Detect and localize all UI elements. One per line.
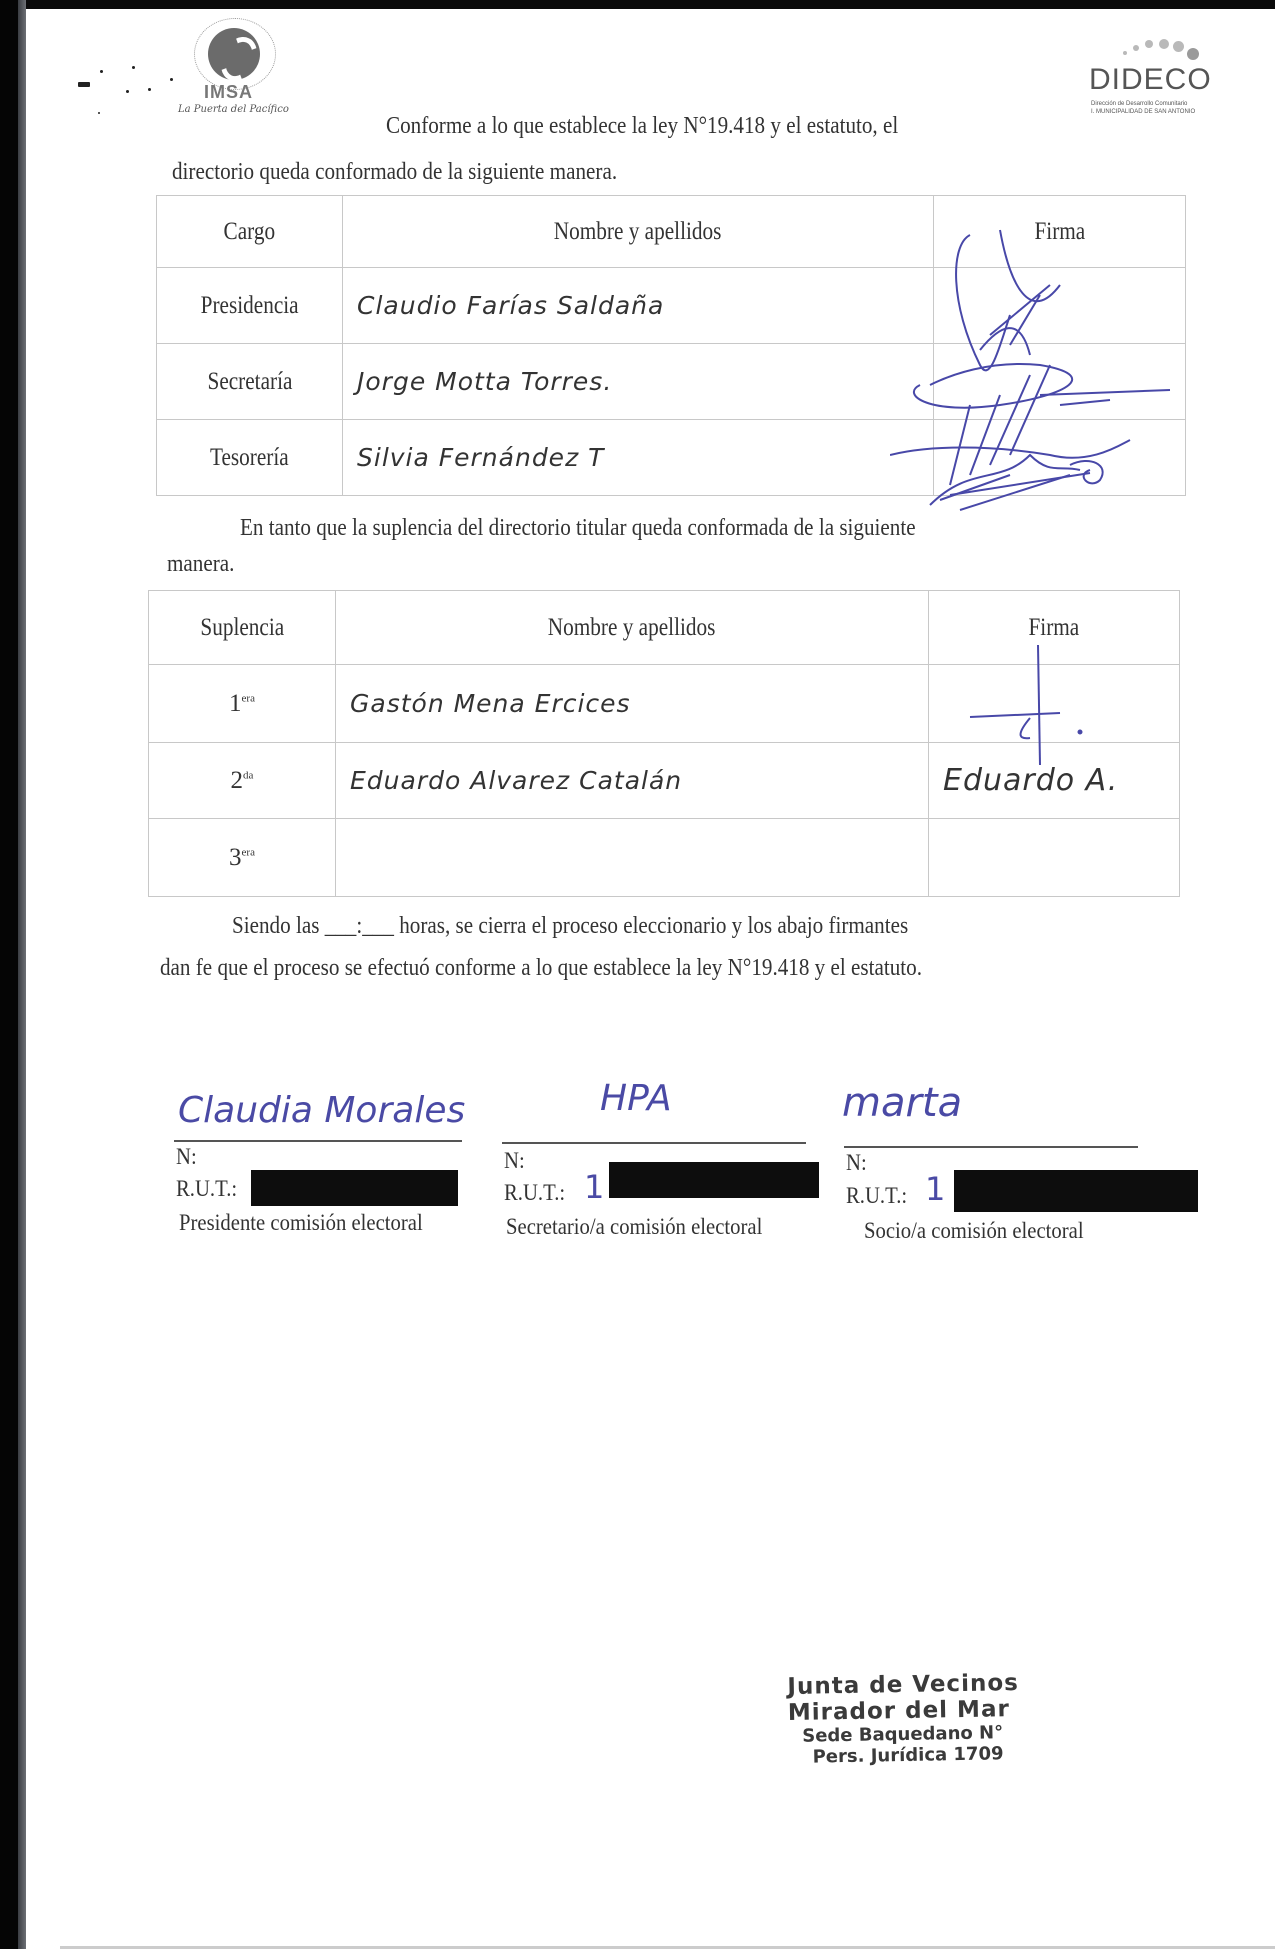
n-label: N: xyxy=(176,1144,197,1170)
table-row: Presidencia Claudio Farías Saldaña xyxy=(157,268,1186,344)
imsa-name: IMSA xyxy=(204,82,253,103)
stamp-line-2: Mirador del Mar xyxy=(788,1696,1020,1726)
nombre-cell: Gastón Mena Ercices xyxy=(336,665,929,743)
table-row: 1era Gastón Mena Ercices xyxy=(149,665,1180,743)
cargo-cell: Secretaría xyxy=(157,344,343,420)
table-row: 2da Eduardo Alvarez Catalán Eduardo A. xyxy=(149,743,1180,819)
header-cargo: Cargo xyxy=(157,196,343,268)
n-label: N: xyxy=(504,1148,525,1174)
dideco-name: DIDECO xyxy=(1089,63,1212,97)
table-row: Tesorería Silvia Fernández T xyxy=(157,420,1186,496)
table-header-row: Cargo Nombre y apellidos Firma xyxy=(157,196,1186,268)
firma-cell xyxy=(929,665,1180,743)
imsa-tagline: La Puerta del Pacífico xyxy=(178,104,289,115)
imsa-logo: IMSA La Puerta del Pacífico xyxy=(160,22,300,122)
stamp-line-1: Junta de Vecinos xyxy=(787,1670,1019,1700)
firma-cell xyxy=(934,344,1186,420)
orden-cell: 3era xyxy=(149,819,336,897)
header-nombre: Nombre y apellidos xyxy=(343,196,934,268)
nombre-cell: Claudio Farías Saldaña xyxy=(343,268,934,344)
nombre-cell: Jorge Motta Torres. xyxy=(343,344,934,420)
dideco-logo: DIDECO Dirección de Desarrollo Comunitar… xyxy=(1085,35,1265,125)
scan-left-border xyxy=(0,0,18,1949)
rut-label: R.U.T.: xyxy=(176,1176,237,1202)
handwritten-signature: marta xyxy=(842,1080,962,1126)
dideco-dot-icon xyxy=(1145,40,1153,48)
stamp-line-4: Pers. Jurídica 1709 xyxy=(788,1743,1020,1768)
n-label: N: xyxy=(846,1150,867,1176)
rut-redaction xyxy=(954,1170,1198,1212)
junta-vecinos-stamp: Junta de Vecinos Mirador del Mar Sede Ba… xyxy=(787,1670,1020,1768)
dideco-dot-icon xyxy=(1187,48,1199,60)
signature-line xyxy=(502,1142,806,1144)
firma-cell xyxy=(929,819,1180,897)
suplencia-table: Suplencia Nombre y apellidos Firma 1era … xyxy=(148,590,1180,897)
handwritten-signature: HPA xyxy=(600,1078,672,1119)
role-label: Socio/a comisión electoral xyxy=(864,1218,1084,1244)
closing-line-2: dan fe que el proceso se efectuó conform… xyxy=(160,948,922,988)
suplencia-intro-line-2: manera. xyxy=(167,544,234,584)
intro-line-1: Conforme a lo que establece la ley N°19.… xyxy=(386,106,898,146)
cargo-cell: Presidencia xyxy=(157,268,343,344)
header-nombre: Nombre y apellidos xyxy=(336,591,929,665)
firma-cell: Eduardo A. xyxy=(929,743,1180,819)
rut-label: R.U.T.: xyxy=(504,1180,565,1206)
cargo-cell: Tesorería xyxy=(157,420,343,496)
dideco-subtitle: Dirección de Desarrollo Comunitario xyxy=(1091,101,1187,107)
handwritten-signature: Claudia Morales xyxy=(178,1090,465,1131)
dideco-dot-icon xyxy=(1159,39,1169,49)
rut-visible-digit: 1 xyxy=(584,1168,604,1206)
header-suplencia: Suplencia xyxy=(149,591,336,665)
signature-line xyxy=(844,1146,1138,1148)
rut-visible-digit: 1 xyxy=(925,1170,945,1208)
role-label: Secretario/a comisión electoral xyxy=(506,1214,762,1240)
header-firma: Firma xyxy=(929,591,1180,665)
rut-redaction xyxy=(609,1162,819,1198)
scan-page-edge xyxy=(18,0,26,1949)
scan-top-border xyxy=(0,0,1275,9)
orden-cell: 1era xyxy=(149,665,336,743)
rut-redaction xyxy=(251,1170,458,1206)
dideco-dot-icon xyxy=(1123,51,1127,55)
role-label: Presidente comisión electoral xyxy=(179,1210,423,1236)
table-row: Secretaría Jorge Motta Torres. xyxy=(157,344,1186,420)
suplencia-intro-line-1: En tanto que la suplencia del directorio… xyxy=(240,508,916,548)
intro-line-2: directorio queda conformado de la siguie… xyxy=(172,152,617,192)
directorio-table: Cargo Nombre y apellidos Firma Presidenc… xyxy=(156,195,1186,496)
orden-cell: 2da xyxy=(149,743,336,819)
firma-cell xyxy=(934,420,1186,496)
nombre-cell: Eduardo Alvarez Catalán xyxy=(336,743,929,819)
signature-line xyxy=(174,1140,462,1142)
closing-line-1: Siendo las ___:___ horas, se cierra el p… xyxy=(232,906,908,946)
nombre-cell: Silvia Fernández T xyxy=(343,420,934,496)
firma-cell xyxy=(934,268,1186,344)
rut-label: R.U.T.: xyxy=(846,1183,907,1209)
table-row: 3era xyxy=(149,819,1180,897)
nombre-cell xyxy=(336,819,929,897)
table-header-row: Suplencia Nombre y apellidos Firma xyxy=(149,591,1180,665)
dideco-dot-icon xyxy=(1133,45,1139,51)
dideco-dot-icon xyxy=(1173,41,1184,52)
dideco-subtitle-municipality: I. MUNICIPALIDAD DE SAN ANTONIO xyxy=(1091,109,1195,115)
header-firma: Firma xyxy=(934,196,1186,268)
